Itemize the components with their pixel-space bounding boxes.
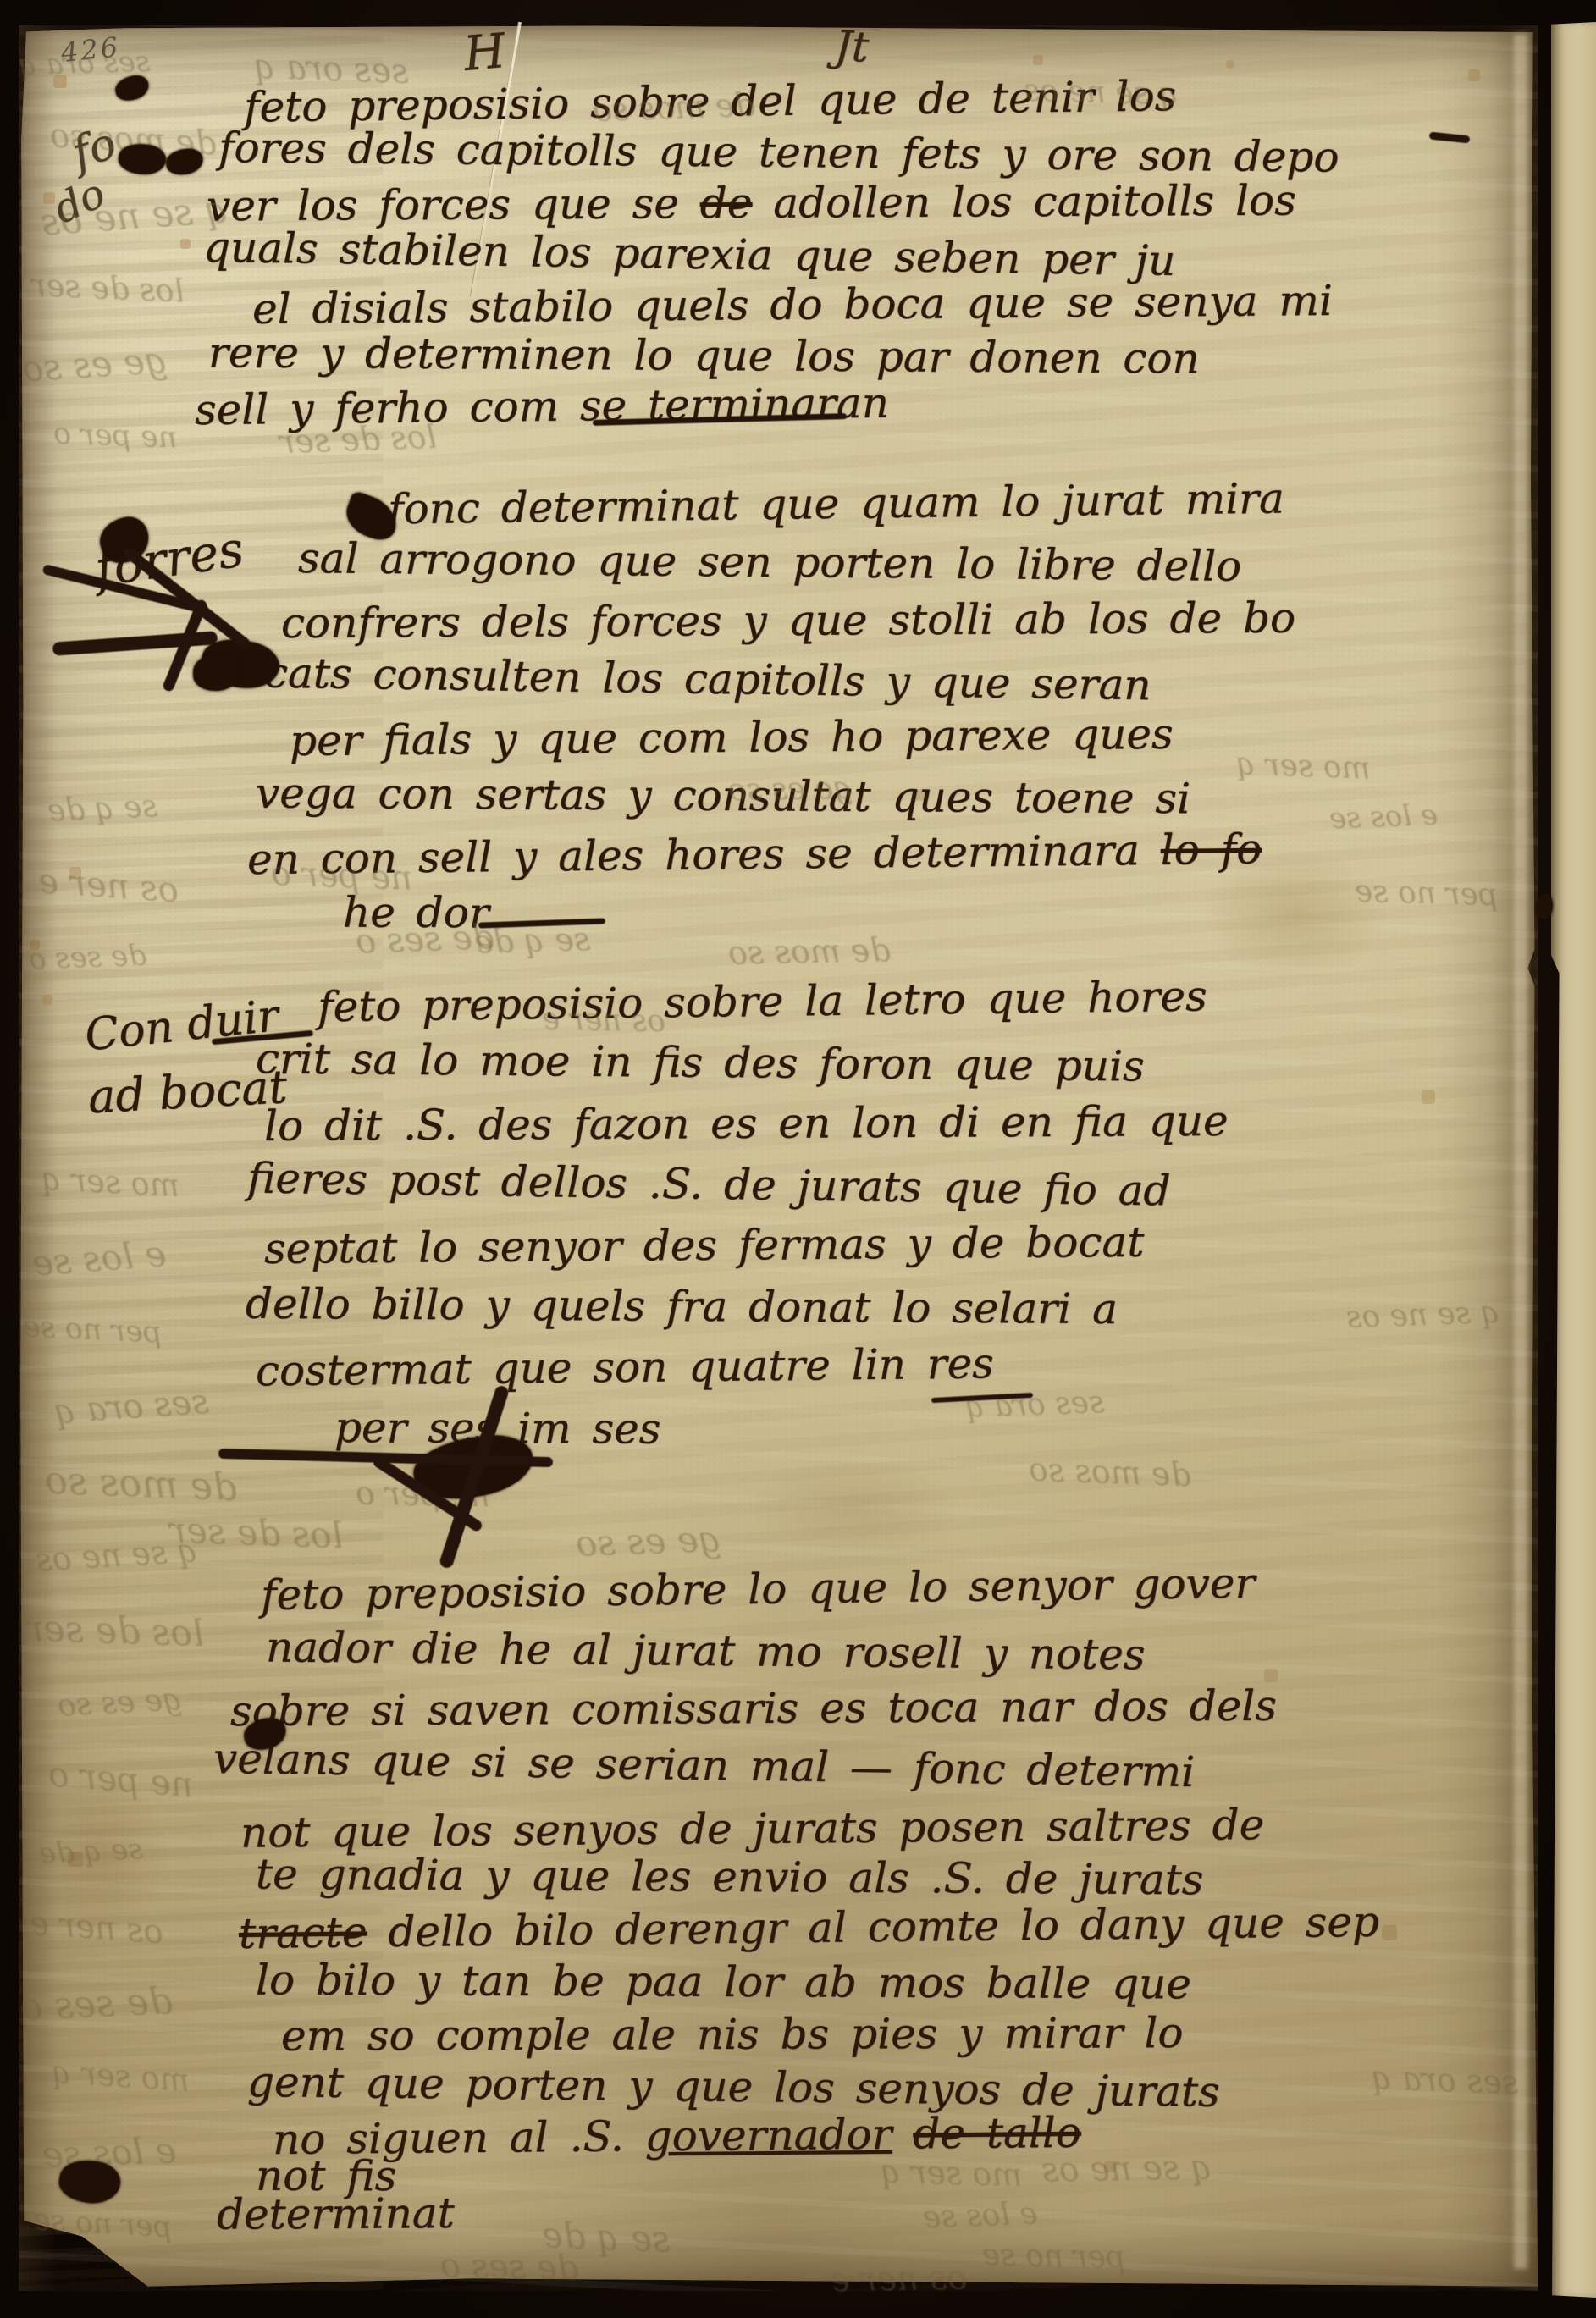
bleedthrough-fragment: os ner e <box>830 2261 968 2298</box>
bleedthrough-fragment: ne per o <box>47 1757 195 1802</box>
bleedthrough-fragment: ses ora q <box>253 50 409 89</box>
text-line: em so comple ale nis bs pies y mirar lo <box>281 2012 1184 2057</box>
text-line: cats consulten los capitolls y que seran <box>264 652 1151 707</box>
bleedthrough-fragment: ge es so <box>728 774 853 807</box>
bleedthrough-fragment: ses ora q <box>53 1385 210 1429</box>
text-line: te gnadia y que les envio als .S. de jur… <box>256 1853 1204 1901</box>
text-line: nador die he al jurat mo rosell y notes <box>266 1625 1146 1675</box>
bleedthrough-fragment: ses ora q <box>964 1388 1105 1423</box>
text-line: tracte dello bilo derengr al comte lo da… <box>239 1901 1379 1955</box>
text-line: ver los forces que se de adollen los cap… <box>207 179 1296 228</box>
bleedthrough-fragment: os ner e <box>29 1907 165 1950</box>
bleedthrough-fragment: os ner e <box>542 1005 666 1038</box>
bleedthrough-fragment: de ses o <box>355 920 494 959</box>
bleedthrough-fragment: se q de <box>38 1835 143 1868</box>
bleedthrough-fragment: de ses o <box>28 941 146 974</box>
text-line: septat lo senyor des fermas y de bocat <box>264 1221 1145 1270</box>
bleedthrough-fragment: per no se <box>982 2241 1126 2274</box>
bleedthrough-fragment: per no se <box>32 2205 173 2243</box>
text-line: costermat que son quatre lin res <box>256 1342 994 1392</box>
text-line: determinat <box>217 2192 455 2236</box>
bleedthrough-fragment: se q de <box>47 792 158 827</box>
bleedthrough-fragment: per no se <box>1355 877 1499 911</box>
bleedthrough-fragment: q se ne os <box>1041 2150 1213 2188</box>
text-line: sal arrogono que sen porten lo libre del… <box>298 537 1242 588</box>
bleedthrough-fragment: mo ser q <box>51 2056 191 2096</box>
top-ink-mark: H <box>461 24 507 82</box>
bleedthrough-fragment: los de ser <box>279 421 437 458</box>
bleedthrough-fragment: ne per o <box>270 857 413 896</box>
foxing-spots <box>0 0 2 2</box>
text-line: el disials stabilo quels do boca que se … <box>252 279 1333 330</box>
bleedthrough-fragment: q se ne os <box>1345 1298 1500 1333</box>
bleedthrough-fragment: los de ser <box>25 1611 204 1653</box>
text-line: fonc determinat que quam lo jurat mira <box>388 477 1284 531</box>
bleedthrough-fragment: mo ser q <box>881 2155 1023 2191</box>
text-line: lo bilo y tan be paa lor ab mos balle qu… <box>256 1959 1191 2006</box>
text-line: vega con sertas y consultat ques toene s… <box>256 772 1190 820</box>
text-line: rere y determinen lo que los par donen c… <box>208 331 1200 379</box>
bleedthrough-fragment: los de ser <box>168 1512 344 1554</box>
text-line: feto preposisio sobre la letro que hores <box>318 975 1207 1029</box>
bleedthrough-fragment: e los se <box>1328 801 1438 833</box>
adjacent-page-edge <box>1551 22 1596 2298</box>
text-line: dello billo y quels fra donat lo selari … <box>246 1283 1118 1330</box>
text-line: confrers dels forces y que stolli ab los… <box>281 597 1295 644</box>
bleedthrough-fragment: de ses o <box>440 2249 579 2286</box>
manuscript-scan: 426 forres Con duir ad bocat HJt fodo fe… <box>0 0 1596 2318</box>
bleedthrough-fragment: ses ora q <box>19 47 151 80</box>
bleedthrough-fragment: e los se <box>922 2199 1038 2234</box>
bleedthrough-fragment: mo ser q <box>1235 749 1371 785</box>
bleedthrough-fragment: mo ser q <box>41 1163 180 1201</box>
bleedthrough-fragment: e los se <box>31 1236 168 1282</box>
bleedthrough-fragment: q se ne os <box>1024 76 1179 111</box>
text-line: fores dels capitolls que tenen fets y or… <box>218 126 1339 179</box>
bleedthrough-fragment: ne per o <box>52 419 178 453</box>
text-line: not que los senyos de jurats posen saltr… <box>240 1803 1265 1853</box>
text-line: velans que si se serian mal — fonc deter… <box>213 1737 1196 1793</box>
bleedthrough-fragment: per no se <box>22 1312 163 1348</box>
bleedthrough-fragment: ge es so <box>21 343 168 388</box>
text-line: gent que porten y que los senyos de jura… <box>247 2061 1220 2113</box>
bleedthrough-fragment: de mos so <box>44 1461 238 1507</box>
bleedthrough-fragment: de mos so <box>728 934 891 969</box>
page-fore-edge-highlight <box>1514 34 1527 2269</box>
top-ink-mark: Jt <box>834 21 870 72</box>
text-line: lo dit .S. des fazon es en lon di en fia… <box>264 1100 1229 1147</box>
bleedthrough-fragment: ge es so <box>575 1521 721 1562</box>
text-line: crit sa lo moe in fis des foron que puis <box>256 1037 1145 1087</box>
text-line: per fials y que com los ho parexe ques <box>290 713 1174 762</box>
bleedthrough-fragment: de mos so <box>592 89 755 127</box>
bleedthrough-fragment: los de ser <box>30 269 185 307</box>
ink-blot <box>1536 894 1553 919</box>
bleedthrough-fragment: de ses o <box>19 1983 173 2026</box>
text-line: quals stabilen los parexia que seben per… <box>203 226 1176 282</box>
bleedthrough-fragment: os ner e <box>37 864 180 908</box>
bleedthrough-fragment: de mos so <box>1028 1454 1191 1492</box>
text-line: sobre si saven comissaris es toca nar do… <box>230 1685 1277 1732</box>
text-line: fieres post dellos .S. de jurats que fio… <box>247 1156 1171 1211</box>
bleedthrough-fragment: ge es so <box>57 1685 183 1722</box>
bleedthrough-fragment: ses ora q <box>1371 2061 1519 2099</box>
text-line: feto preposisio sobre lo que lo senyor g… <box>261 1562 1256 1616</box>
